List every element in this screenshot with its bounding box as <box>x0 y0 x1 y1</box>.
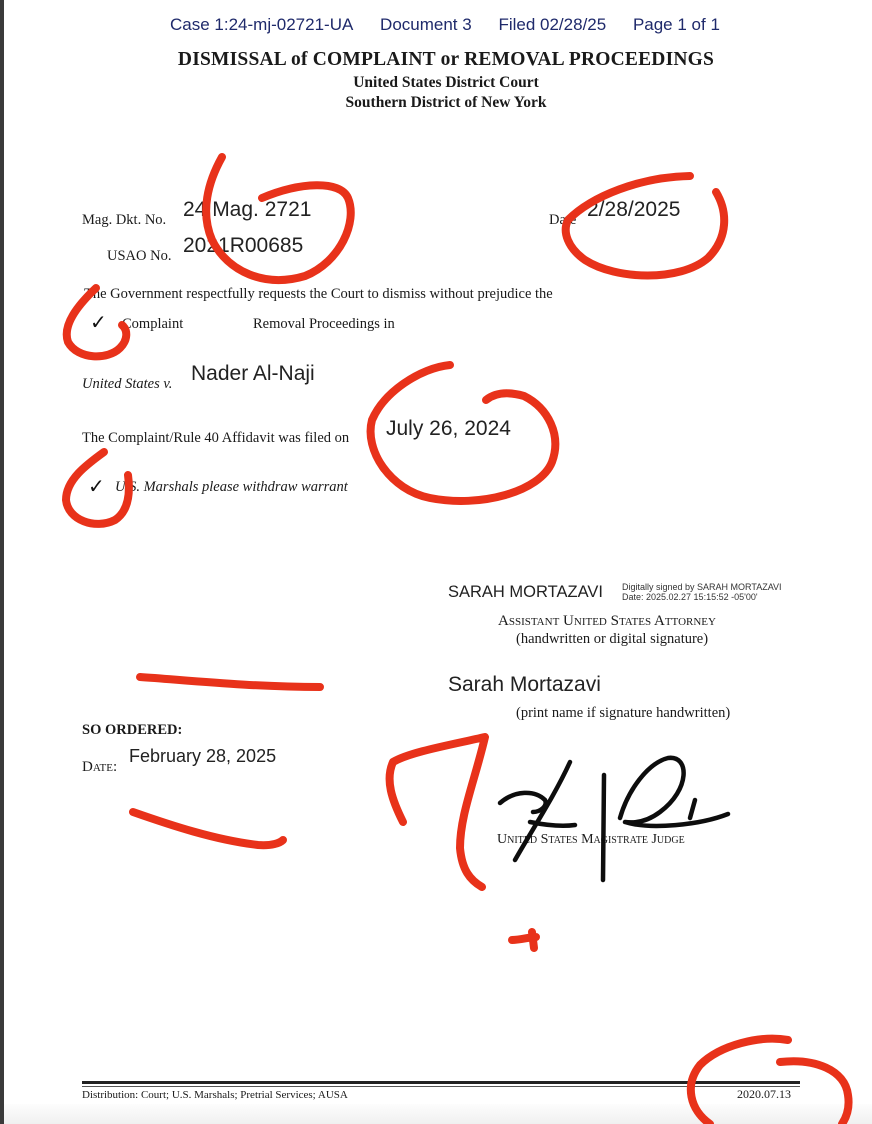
request-text: The Government respectfully requests the… <box>84 286 553 303</box>
footer-rule <box>82 1081 800 1084</box>
viewer-left-edge <box>0 0 4 1124</box>
caption-prefix: United States v. <box>82 376 172 393</box>
filed-on-value: July 26, 2024 <box>386 417 511 441</box>
court-name: United States District Court <box>0 74 872 92</box>
usao-value: 2021R00685 <box>183 234 303 258</box>
signature-stroke-4 <box>603 775 604 880</box>
signature-stroke-1 <box>500 793 546 812</box>
bracket-judge-signature <box>390 737 485 887</box>
filed-date: Filed 02/28/25 <box>498 15 606 34</box>
judge-title: United States Magistrate Judge <box>497 832 685 848</box>
complaint-option: Complaint <box>122 316 183 333</box>
so-ordered-heading: SO ORDERED: <box>82 722 182 739</box>
mag-dkt-value: 24 Mag. 2721 <box>183 198 311 222</box>
signature-stroke-5 <box>620 758 728 826</box>
usao-label: USAO No. <box>107 248 171 265</box>
document-number: Document 3 <box>380 15 472 34</box>
date-label: Date <box>549 212 576 229</box>
ausa-digital-signature: SARAH MORTAZAVI <box>448 583 603 602</box>
ausa-title: Assistant United States Attorney <box>498 613 716 630</box>
red-markup-annotations <box>0 0 872 1124</box>
form-version: 2020.07.13 <box>737 1087 791 1102</box>
signature-stroke-6 <box>690 800 695 818</box>
digital-signature-stamp: Digitally signed by SARAH MORTAZAVI Date… <box>622 582 782 602</box>
digital-sig-line-2: Date: 2025.02.27 15:15:52 -05'00' <box>622 592 782 602</box>
mark-below-signature <box>512 932 536 948</box>
judge-signature <box>0 0 872 1124</box>
distribution-list: Distribution: Court; U.S. Marshals; Pret… <box>82 1089 348 1101</box>
order-date-value: February 28, 2025 <box>129 746 276 767</box>
date-value: 2/28/2025 <box>587 198 680 222</box>
signature-stroke-3 <box>530 822 575 826</box>
ausa-printed-name: Sarah Mortazavi <box>448 673 601 697</box>
page-count: Page 1 of 1 <box>633 15 720 34</box>
mag-dkt-label: Mag. Dkt. No. <box>82 212 166 229</box>
order-date-label: Date: <box>82 759 117 776</box>
case-number: Case 1:24-mj-02721-UA <box>170 15 353 34</box>
underline-order-date <box>133 812 283 845</box>
filed-on-label: The Complaint/Rule 40 Affidavit was file… <box>82 430 349 447</box>
page-bottom-shadow <box>4 1104 872 1124</box>
underline-signature-line <box>140 677 320 687</box>
removal-option: Removal Proceedings in <box>253 316 395 333</box>
defendant-name: Nader Al-Naji <box>191 362 315 386</box>
warrant-checkmark-icon: ✓ <box>88 474 105 498</box>
digital-sig-line-1: Digitally signed by SARAH MORTAZAVI <box>622 582 782 592</box>
ausa-signature-note: (handwritten or digital signature) <box>516 631 708 648</box>
complaint-checkmark-icon: ✓ <box>90 310 107 334</box>
ecf-header: Case 1:24-mj-02721-UA Document 3 Filed 0… <box>170 15 742 35</box>
circle-date <box>566 176 724 276</box>
footer-rule-thin <box>82 1086 800 1087</box>
print-name-note: (print name if signature handwritten) <box>516 705 730 722</box>
district-name: Southern District of New York <box>0 94 872 112</box>
warrant-option: U.S. Marshals please withdraw warrant <box>115 479 348 496</box>
document-title: DISMISSAL of COMPLAINT or REMOVAL PROCEE… <box>0 49 872 71</box>
